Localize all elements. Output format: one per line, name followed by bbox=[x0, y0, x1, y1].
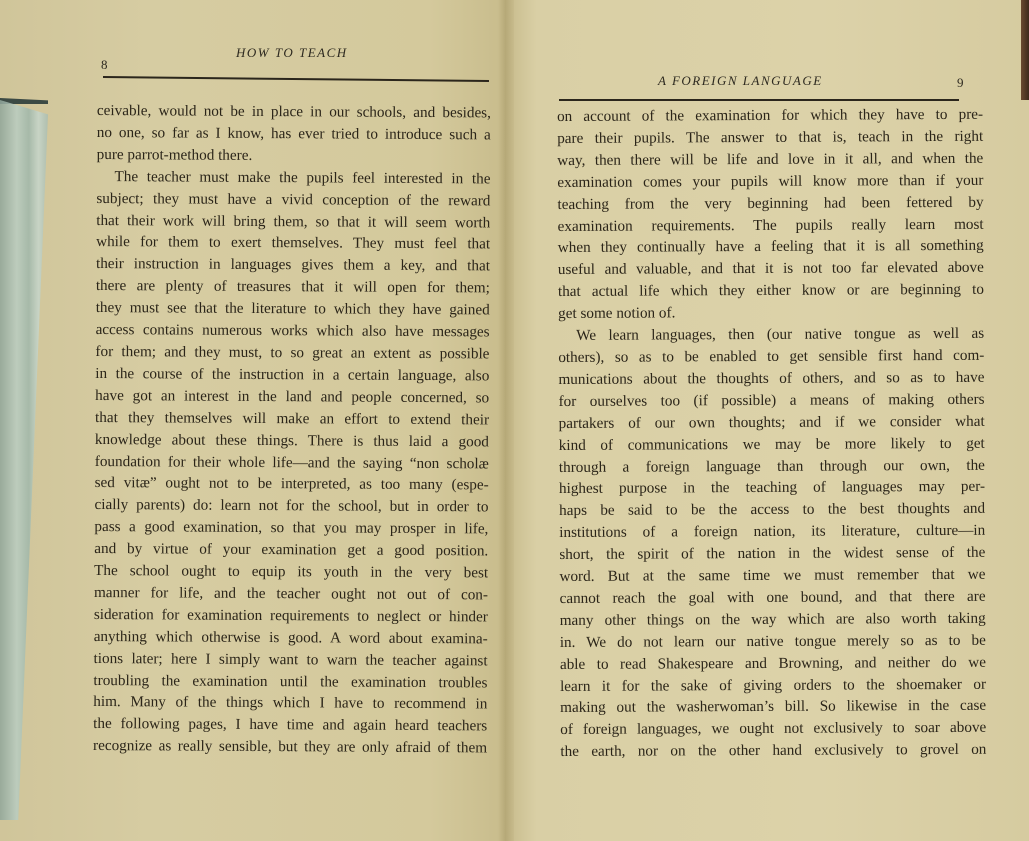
text-line: pure parrot-method there. bbox=[97, 144, 491, 168]
text-line: The school ought to equip its youth in t… bbox=[94, 560, 488, 584]
text-line: through a foreign language than through … bbox=[559, 454, 985, 478]
text-line: there are plenty of treasures that it wi… bbox=[96, 275, 490, 299]
text-line: highest purpose in the teaching of langu… bbox=[559, 476, 985, 500]
right-running-head: A FOREIGN LANGUAGE bbox=[658, 73, 823, 89]
text-line: institutions of a foreign nation, its li… bbox=[559, 520, 985, 544]
text-line: of foreign languages, we ought not exclu… bbox=[560, 717, 986, 741]
left-page-number: 8 bbox=[101, 57, 108, 73]
text-line: word. But at the same time we must remem… bbox=[559, 564, 985, 588]
right-page-body: on account of the examination for which … bbox=[557, 104, 986, 763]
text-line: for them; and they must, to so great an … bbox=[95, 341, 489, 365]
text-line: pare their pupils. The answer to that is… bbox=[557, 126, 983, 150]
text-line: and by virtue of your examination get a … bbox=[94, 538, 488, 562]
text-line: have got an interest in the land and peo… bbox=[95, 385, 489, 409]
text-line: teaching from the very beginning had bee… bbox=[557, 191, 983, 215]
text-line: that actual life which they either know … bbox=[558, 279, 984, 303]
text-line: kind of communications we may be more li… bbox=[559, 432, 985, 456]
right-page: A FOREIGN LANGUAGE 9 on account of the e… bbox=[505, 0, 1029, 841]
text-line: useful and valuable, and that it is not … bbox=[558, 257, 984, 281]
text-line: no one, so far as I know, has ever tried… bbox=[97, 122, 491, 146]
text-line: get some notion of. bbox=[558, 301, 984, 325]
text-line: pass a good examination, so that you may… bbox=[94, 516, 488, 540]
text-line: recognize as really sensible, but they a… bbox=[93, 735, 487, 759]
text-line: subject; they must have a vivid concepti… bbox=[96, 188, 490, 212]
text-line: The teacher must make the pupils feel in… bbox=[96, 166, 490, 190]
book-gutter bbox=[498, 0, 514, 841]
text-line: when they continually have a feeling tha… bbox=[558, 235, 984, 259]
text-line: sideration for examination requirements … bbox=[94, 604, 488, 628]
text-line: troubling the examination until the exam… bbox=[93, 670, 487, 694]
text-line: others), so as to be enabled to get sens… bbox=[558, 345, 984, 369]
text-line: haps be said to be the access to the bes… bbox=[559, 498, 985, 522]
text-line: munications about the thoughts of others… bbox=[558, 367, 984, 391]
text-line: many other things on the way which are a… bbox=[560, 608, 986, 632]
text-line: examination comes your pupils will know … bbox=[557, 169, 983, 193]
text-line: him. Many of the things which I have to … bbox=[93, 691, 487, 715]
text-line: manner for life, and the teacher ought n… bbox=[94, 582, 488, 606]
text-line: tions later; here I simply want to warn … bbox=[94, 648, 488, 672]
text-line: ceivable, would not be in place in our s… bbox=[97, 100, 491, 124]
book-cover-edge bbox=[1021, 0, 1029, 100]
text-line: way, then there will be life and love in… bbox=[557, 148, 983, 172]
text-line: on account of the examination for which … bbox=[557, 104, 983, 128]
text-line: able to read Shakespeare and Browning, a… bbox=[560, 651, 986, 675]
text-line: that their work will bring them, so that… bbox=[96, 210, 490, 234]
text-line: We learn languages, then (our native ton… bbox=[558, 323, 984, 347]
text-line: the earth, nor on the other hand exclusi… bbox=[560, 739, 986, 763]
text-line: knowledge about these things. There is t… bbox=[95, 429, 489, 453]
left-page-body: ceivable, would not be in place in our s… bbox=[93, 100, 491, 760]
text-line: learn it for the sake of giving orders t… bbox=[560, 673, 986, 697]
text-line: their instruction in languages gives the… bbox=[96, 253, 490, 277]
text-line: examination requirements. The pupils rea… bbox=[558, 213, 984, 237]
text-line: anything which otherwise is good. A word… bbox=[94, 626, 488, 650]
text-line: partakers of our own thoughts; and if we… bbox=[559, 410, 985, 434]
text-line: cially parents) do: learn not for the sc… bbox=[94, 494, 488, 518]
text-line: cannot reach the goal with one bound, an… bbox=[560, 586, 986, 610]
text-line: in the course of the instruction in a ce… bbox=[95, 363, 489, 387]
text-line: in. We do not learn our native tongue me… bbox=[560, 630, 986, 654]
text-line: sed vitæ” ought not to be interpreted, a… bbox=[95, 472, 489, 496]
left-header-rule bbox=[103, 76, 489, 82]
right-page-number: 9 bbox=[957, 75, 964, 91]
text-line: for ourselves too (if possible) a means … bbox=[558, 389, 984, 413]
text-line: the following pages, I have time and aga… bbox=[93, 713, 487, 737]
text-line: that they themselves will make an effort… bbox=[95, 407, 489, 431]
text-line: short, the spirit of the nation in the w… bbox=[559, 542, 985, 566]
left-page: 8 HOW TO TEACH ceivable, would not be in… bbox=[0, 0, 505, 841]
right-header-rule bbox=[559, 99, 959, 101]
text-line: access contains numerous works which als… bbox=[96, 319, 490, 343]
text-line: foundation for their whole life—and the … bbox=[95, 450, 489, 474]
book-spread: 8 HOW TO TEACH ceivable, would not be in… bbox=[0, 0, 1029, 841]
text-line: making out the washerwoman’s bill. So li… bbox=[560, 695, 986, 719]
left-running-head: HOW TO TEACH bbox=[236, 45, 348, 61]
text-line: while for them to exert themselves. They… bbox=[96, 231, 490, 255]
text-line: they must see that the literature to whi… bbox=[96, 297, 490, 321]
